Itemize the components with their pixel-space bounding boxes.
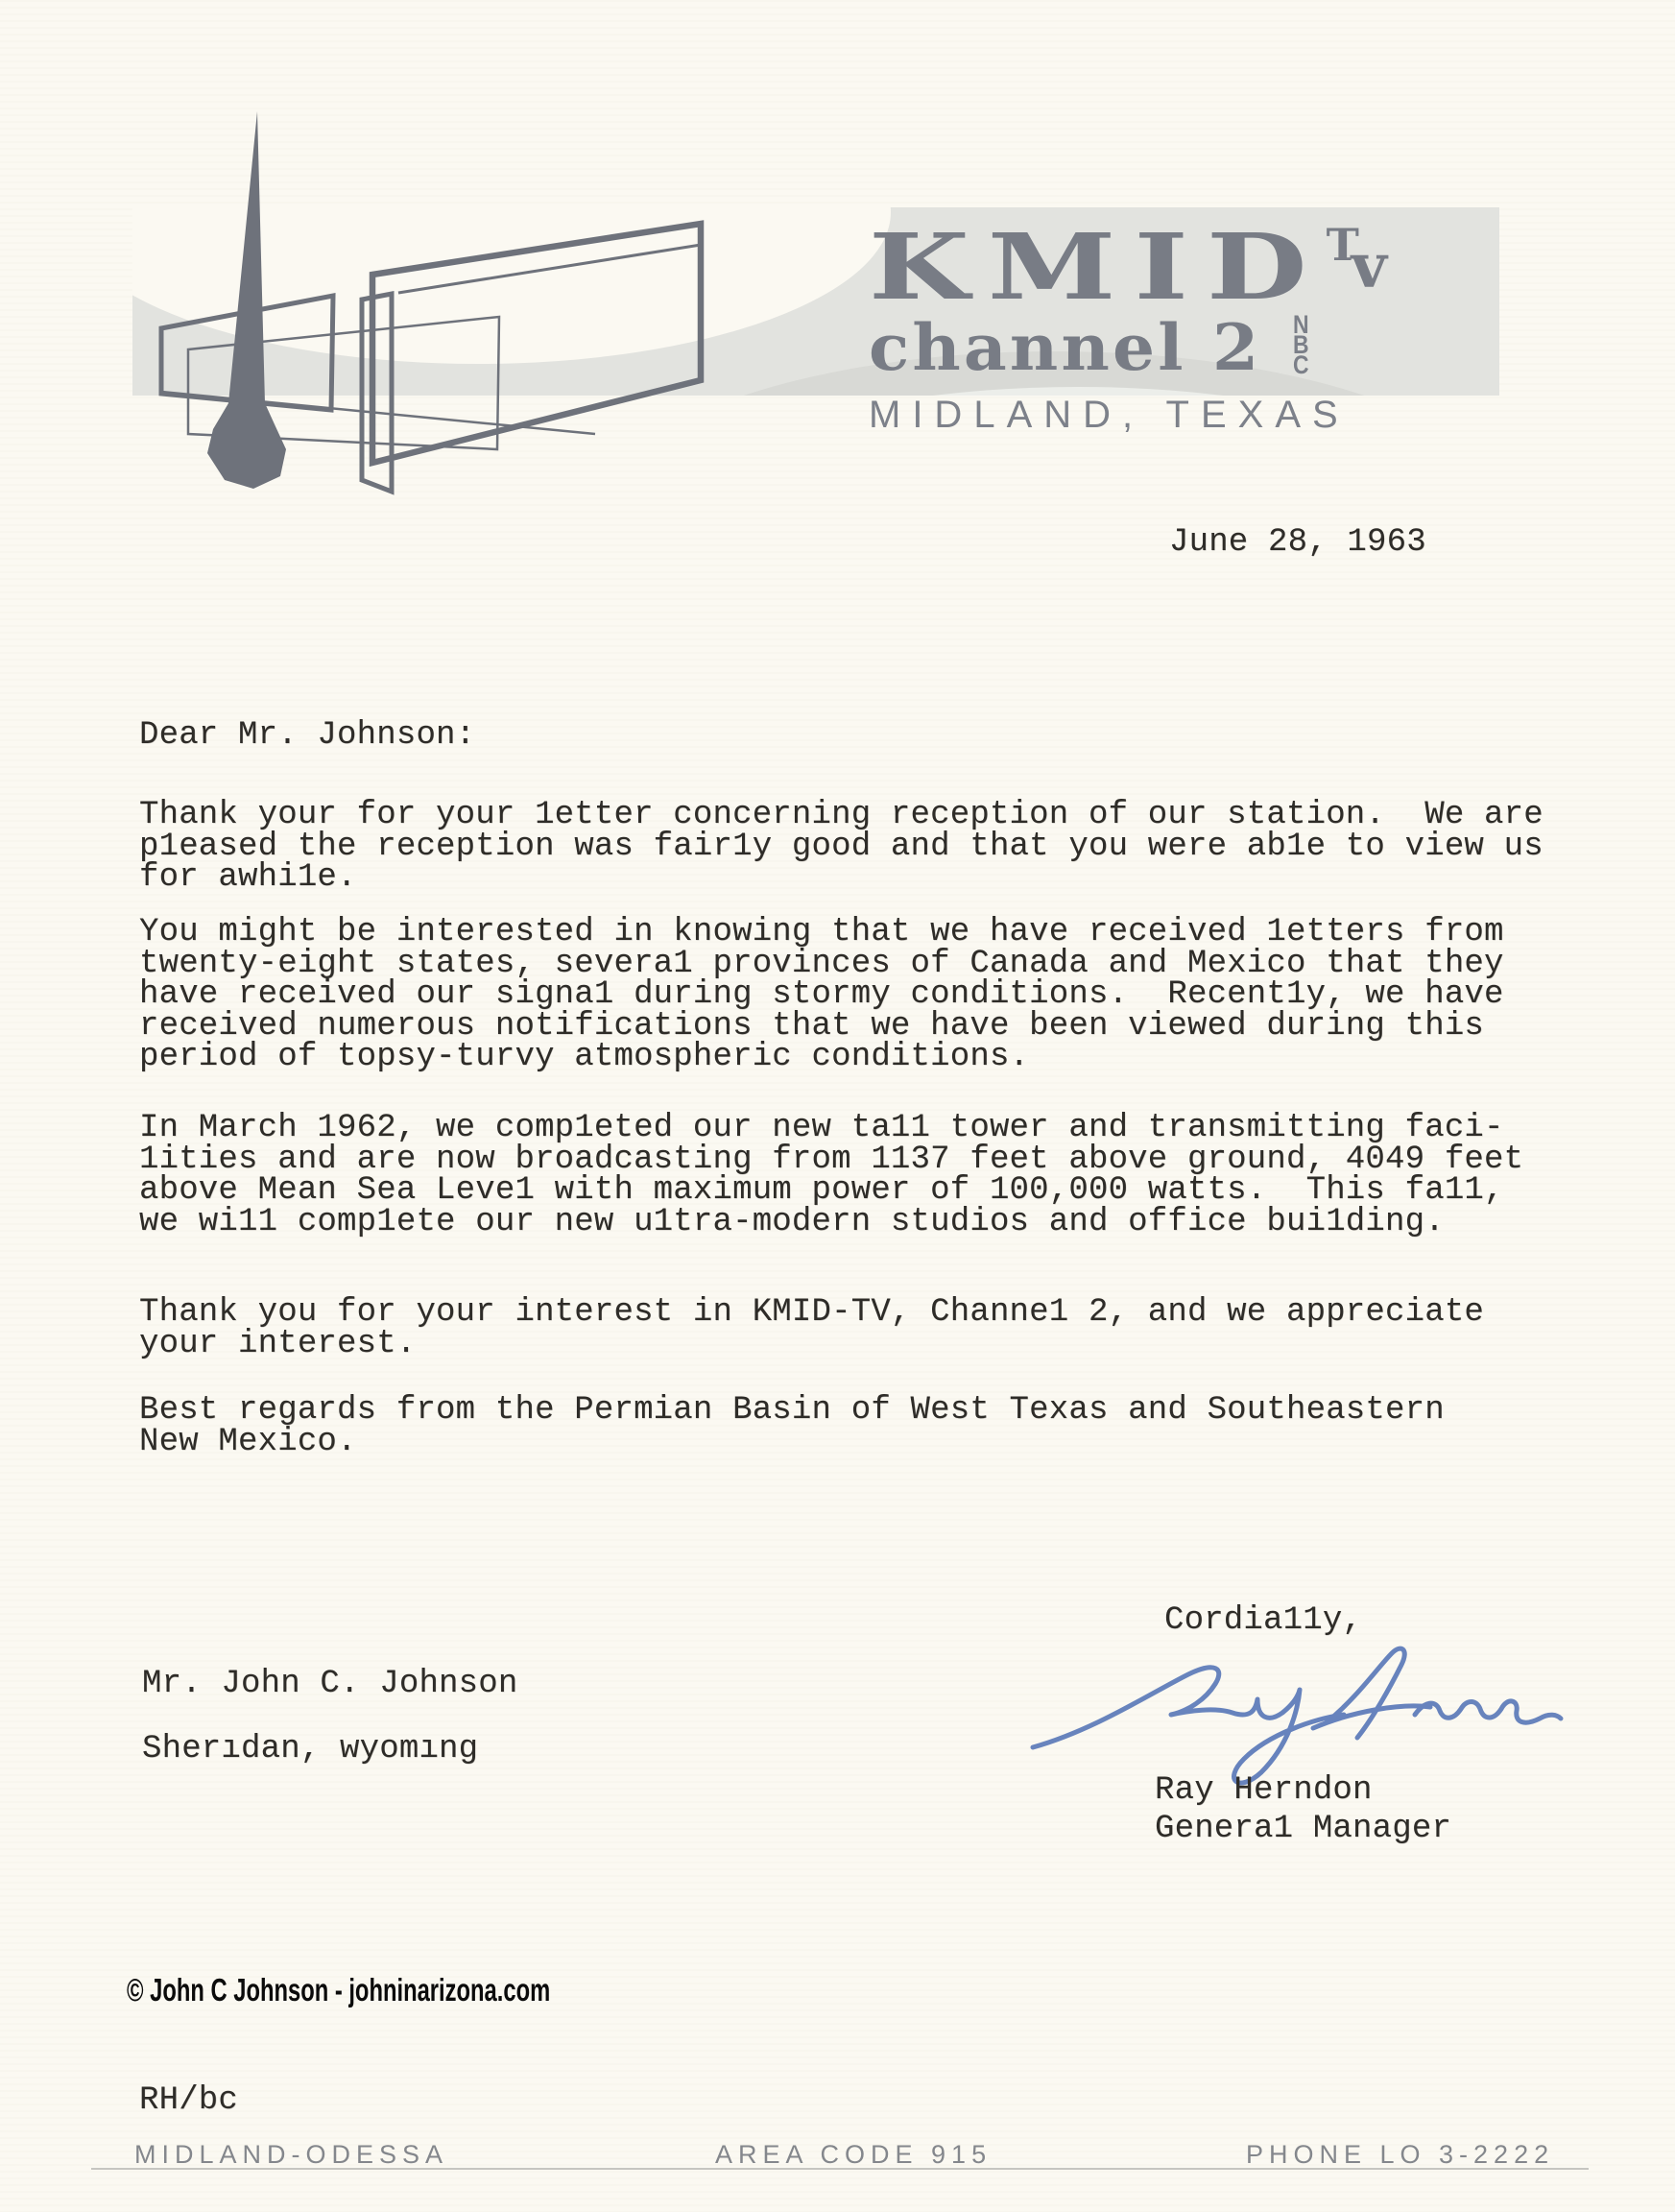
signer-name: Ray Herndon (1155, 1775, 1373, 1807)
watermark: © John C Johnson - johninarizona.com (127, 1971, 550, 2009)
tv-mark: T v (1325, 227, 1401, 313)
trapezoid-icon-large (372, 224, 701, 463)
tower-logo-icon (86, 77, 758, 538)
tower-icon (207, 111, 286, 489)
footer-area-code: AREA CODE 915 (715, 2142, 992, 2168)
footer-phone: PHONE LO 3-2222 (1246, 2142, 1554, 2168)
addressee-city: Sherıdan, wyomıng (142, 1734, 478, 1766)
paragraph-5: Best regards from the Permian Basin of W… (139, 1395, 1445, 1457)
trapezoid-icon-inner-line (398, 245, 701, 293)
letter-page: KMID T v channel 2 N B C MIDLAND, TEXAS … (0, 0, 1675, 2212)
addressee-name: Mr. John C. Johnson (142, 1669, 517, 1700)
date-line: June 28, 1963 (1169, 527, 1426, 559)
typist-reference: RH/bc (139, 2085, 238, 2117)
station-call-letters: KMID (869, 227, 1326, 309)
nbc-mark: N B C (1293, 315, 1309, 375)
paragraph-1: Thank your for your 1etter concerning re… (139, 800, 1543, 894)
station-block: KMID T v channel 2 N B C MIDLAND, TEXAS (869, 227, 1401, 434)
footer-market: MIDLAND-ODESSA (134, 2142, 448, 2168)
signer-title: Genera1 Manager (1155, 1814, 1451, 1845)
salutation: Dear Mr. Johnson: (139, 720, 475, 752)
station-channel-line: channel 2 N B C (869, 315, 1401, 392)
paragraph-2: You might be interested in knowing that … (139, 917, 1504, 1073)
tv-mark-v: v (1352, 236, 1387, 298)
signature (1027, 1630, 1565, 1793)
paragraph-4: Thank you for your interest in KMID-TV, … (139, 1297, 1484, 1359)
bottom-rule (91, 2168, 1589, 2170)
station-channel: channel 2 (869, 315, 1261, 380)
station-name-line: KMID T v (869, 227, 1401, 315)
paragraph-3: In March 1962, we comp1eted our new ta11… (139, 1113, 1523, 1238)
station-city: MIDLAND, TEXAS (869, 396, 1401, 434)
